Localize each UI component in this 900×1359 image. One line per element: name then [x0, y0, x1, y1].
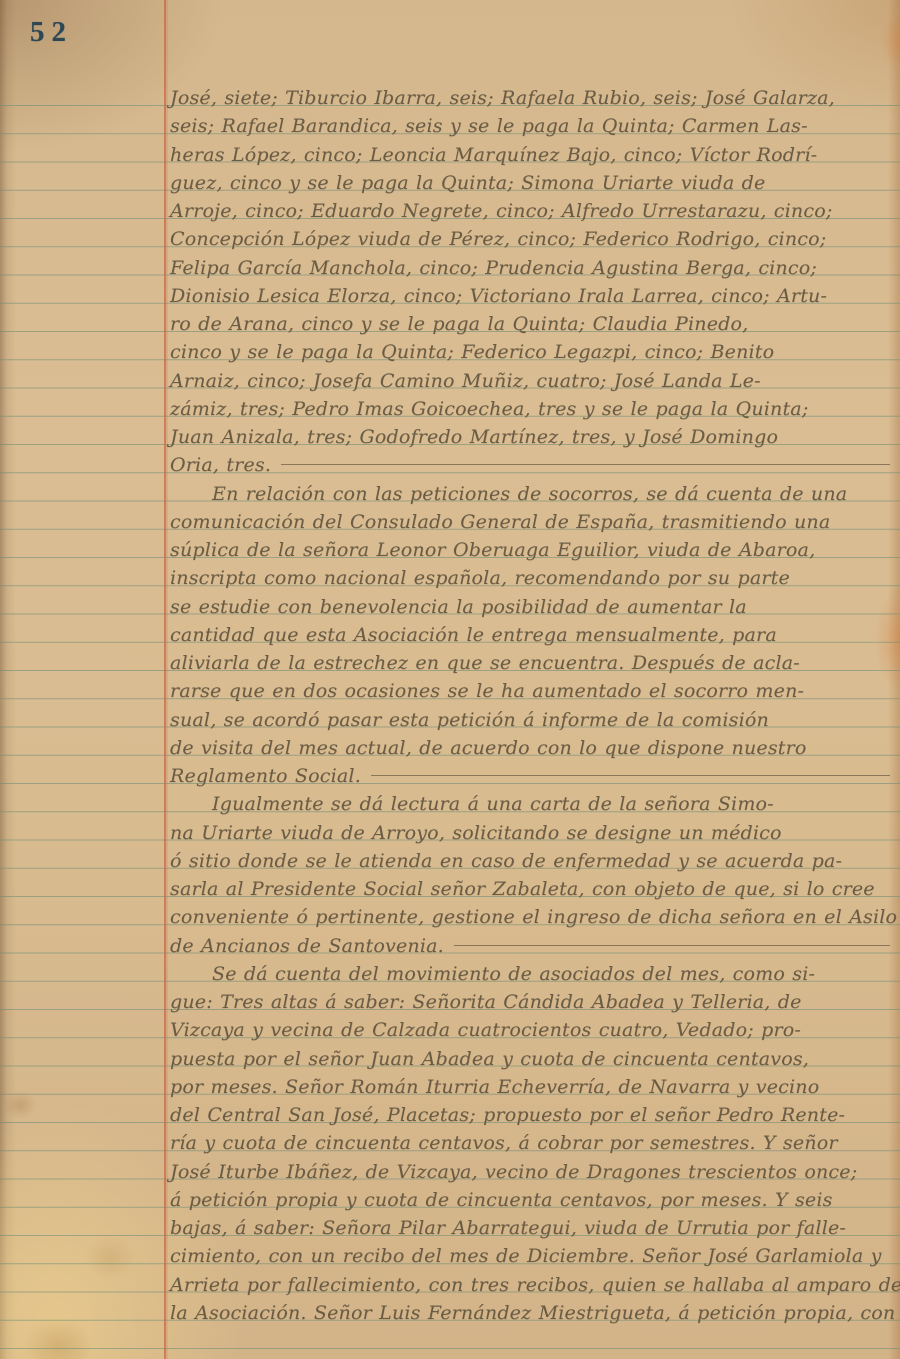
manuscript-line: se estudie con benevolencia la posibilid…	[170, 593, 894, 621]
manuscript-line: na Uriarte viuda de Arroyo, solicitando …	[170, 819, 894, 847]
manuscript-line-text: En relación con las peticiones de socorr…	[212, 480, 847, 508]
manuscript-line: cinco y se le paga la Quinta; Federico L…	[170, 338, 894, 366]
manuscript-line: Dionisio Lesica Elorza, cinco; Victorian…	[170, 282, 894, 310]
manuscript-line-text: Vizcaya y vecina de Calzada cuatrociento…	[170, 1016, 801, 1044]
manuscript-line-text: conveniente ó pertinente, gestione el in…	[170, 903, 897, 931]
manuscript-line: conveniente ó pertinente, gestione el in…	[170, 903, 894, 931]
manuscript-line-text: rarse que en dos ocasiones se le ha aume…	[170, 677, 804, 705]
manuscript-line-text: aliviarla de la estrechez en que se encu…	[170, 649, 800, 677]
manuscript-line: En relación con las peticiones de socorr…	[170, 480, 894, 508]
manuscript-line-text: Igualmente se dá lectura á una carta de …	[212, 790, 774, 818]
manuscript-line: aliviarla de la estrechez en que se encu…	[170, 649, 894, 677]
manuscript-line-text: guez, cinco y se le paga la Quinta; Simo…	[170, 169, 765, 197]
manuscript-line-text: inscripta como nacional española, recome…	[170, 564, 790, 592]
manuscript-line-text: de visita del mes actual, de acuerdo con…	[170, 734, 807, 762]
manuscript-line-text: bajas, á saber: Señora Pilar Abarrategui…	[170, 1214, 846, 1242]
manuscript-line-text: cimiento, con un recibo del mes de Dicie…	[170, 1242, 882, 1270]
manuscript-line: ó sitio donde se le atienda en caso de e…	[170, 847, 894, 875]
manuscript-line: de visita del mes actual, de acuerdo con…	[170, 734, 894, 762]
manuscript-line-text: sarla al Presidente Social señor Zabalet…	[170, 875, 875, 903]
manuscript-line-text: Oria, tres.	[170, 451, 271, 479]
manuscript-line: Se dá cuenta del movimiento de asociados…	[170, 960, 894, 988]
manuscript-line: comunicación del Consulado General de Es…	[170, 508, 894, 536]
manuscript-line: la Asociación. Señor Luis Fernández Mies…	[170, 1299, 894, 1327]
manuscript-line: del Central San José, Placetas; propuest…	[170, 1101, 894, 1129]
manuscript-line-text: seis; Rafael Barandica, seis y se le pag…	[170, 112, 808, 140]
manuscript-line: Igualmente se dá lectura á una carta de …	[170, 790, 894, 818]
ink-filler-line	[454, 945, 890, 946]
manuscript-line-text: José, siete; Tiburcio Ibarra, seis; Rafa…	[170, 84, 835, 112]
manuscript-page: 52 José, siete; Tiburcio Ibarra, seis; R…	[0, 0, 900, 1359]
manuscript-line-text: José Iturbe Ibáñez, de Vizcaya, vecino d…	[170, 1158, 857, 1186]
manuscript-line: cimiento, con un recibo del mes de Dicie…	[170, 1242, 894, 1270]
manuscript-line: puesta por el señor Juan Abadea y cuota …	[170, 1045, 894, 1073]
manuscript-line: zámiz, tres; Pedro Imas Goicoechea, tres…	[170, 395, 894, 423]
manuscript-line: sarla al Presidente Social señor Zabalet…	[170, 875, 894, 903]
manuscript-line-text: Juan Anizala, tres; Godofredo Martínez, …	[170, 423, 778, 451]
manuscript-line: Felipa García Manchola, cinco; Prudencia…	[170, 254, 894, 282]
manuscript-line-text: Dionisio Lesica Elorza, cinco; Victorian…	[170, 282, 827, 310]
manuscript-line-text: ría y cuota de cincuenta centavos, á cob…	[170, 1129, 838, 1157]
manuscript-line: Juan Anizala, tres; Godofredo Martínez, …	[170, 423, 894, 451]
manuscript-line-text: Arnaiz, cinco; Josefa Camino Muñiz, cuat…	[170, 367, 761, 395]
manuscript-line: inscripta como nacional española, recome…	[170, 564, 894, 592]
manuscript-line: sual, se acordó pasar esta petición á in…	[170, 706, 894, 734]
manuscript-line-text: súplica de la señora Leonor Oberuaga Egu…	[170, 536, 815, 564]
manuscript-line: José Iturbe Ibáñez, de Vizcaya, vecino d…	[170, 1158, 894, 1186]
manuscript-line: bajas, á saber: Señora Pilar Abarrategui…	[170, 1214, 894, 1242]
manuscript-line-text: la Asociación. Señor Luis Fernández Mies…	[170, 1299, 895, 1327]
manuscript-line: Concepción López viuda de Pérez, cinco; …	[170, 225, 894, 253]
manuscript-line-text: puesta por el señor Juan Abadea y cuota …	[170, 1045, 809, 1073]
manuscript-line-text: se estudie con benevolencia la posibilid…	[170, 593, 747, 621]
manuscript-line: gue: Tres altas á saber: Señorita Cándid…	[170, 988, 894, 1016]
manuscript-line: Vizcaya y vecina de Calzada cuatrociento…	[170, 1016, 894, 1044]
manuscript-line-text: Arroje, cinco; Eduardo Negrete, cinco; A…	[170, 197, 832, 225]
page-number: 52	[30, 16, 73, 49]
manuscript-line-text: Arrieta por fallecimiento, con tres reci…	[170, 1271, 900, 1299]
manuscript-line-text: Reglamento Social.	[170, 762, 361, 790]
manuscript-line: Reglamento Social.	[170, 762, 894, 790]
manuscript-line-text: Se dá cuenta del movimiento de asociados…	[212, 960, 815, 988]
manuscript-line-text: heras López, cinco; Leoncia Marquínez Ba…	[170, 141, 817, 169]
manuscript-line-text: del Central San José, Placetas; propuest…	[170, 1101, 845, 1129]
manuscript-line-text: cinco y se le paga la Quinta; Federico L…	[170, 338, 774, 366]
manuscript-line: guez, cinco y se le paga la Quinta; Simo…	[170, 169, 894, 197]
manuscript-line-text: por meses. Señor Román Iturria Echeverrí…	[170, 1073, 819, 1101]
manuscript-line: Arrieta por fallecimiento, con tres reci…	[170, 1271, 894, 1299]
manuscript-line: á petición propia y cuota de cincuenta c…	[170, 1186, 894, 1214]
manuscript-line-text: ro de Arana, cinco y se le paga la Quint…	[170, 310, 748, 338]
margin-line	[164, 0, 166, 1359]
manuscript-line: José, siete; Tiburcio Ibarra, seis; Rafa…	[170, 84, 894, 112]
manuscript-line-text: comunicación del Consulado General de Es…	[170, 508, 830, 536]
ink-filler-line	[281, 464, 890, 465]
manuscript-line-text: de Ancianos de Santovenia.	[170, 932, 444, 960]
manuscript-line: seis; Rafael Barandica, seis y se le pag…	[170, 112, 894, 140]
manuscript-line: súplica de la señora Leonor Oberuaga Egu…	[170, 536, 894, 564]
manuscript-line: heras López, cinco; Leoncia Marquínez Ba…	[170, 141, 894, 169]
manuscript-line: cantidad que esta Asociación le entrega …	[170, 621, 894, 649]
manuscript-line: Oria, tres.	[170, 451, 894, 479]
manuscript-line-text: Concepción López viuda de Pérez, cinco; …	[170, 225, 826, 253]
handwritten-text-block: José, siete; Tiburcio Ibarra, seis; Rafa…	[170, 84, 894, 1327]
manuscript-line: ría y cuota de cincuenta centavos, á cob…	[170, 1129, 894, 1157]
manuscript-line-text: á petición propia y cuota de cincuenta c…	[170, 1186, 833, 1214]
manuscript-line: rarse que en dos ocasiones se le ha aume…	[170, 677, 894, 705]
ink-filler-line	[371, 775, 890, 776]
manuscript-line: de Ancianos de Santovenia.	[170, 932, 894, 960]
manuscript-line-text: Felipa García Manchola, cinco; Prudencia…	[170, 254, 817, 282]
manuscript-line-text: cantidad que esta Asociación le entrega …	[170, 621, 777, 649]
manuscript-line-text: gue: Tres altas á saber: Señorita Cándid…	[170, 988, 802, 1016]
manuscript-line-text: sual, se acordó pasar esta petición á in…	[170, 706, 769, 734]
manuscript-line: Arroje, cinco; Eduardo Negrete, cinco; A…	[170, 197, 894, 225]
manuscript-line: Arnaiz, cinco; Josefa Camino Muñiz, cuat…	[170, 367, 894, 395]
manuscript-line-text: ó sitio donde se le atienda en caso de e…	[170, 847, 842, 875]
manuscript-line: por meses. Señor Román Iturria Echeverrí…	[170, 1073, 894, 1101]
manuscript-line-text: zámiz, tres; Pedro Imas Goicoechea, tres…	[170, 395, 808, 423]
manuscript-line-text: na Uriarte viuda de Arroyo, solicitando …	[170, 819, 782, 847]
manuscript-line: ro de Arana, cinco y se le paga la Quint…	[170, 310, 894, 338]
